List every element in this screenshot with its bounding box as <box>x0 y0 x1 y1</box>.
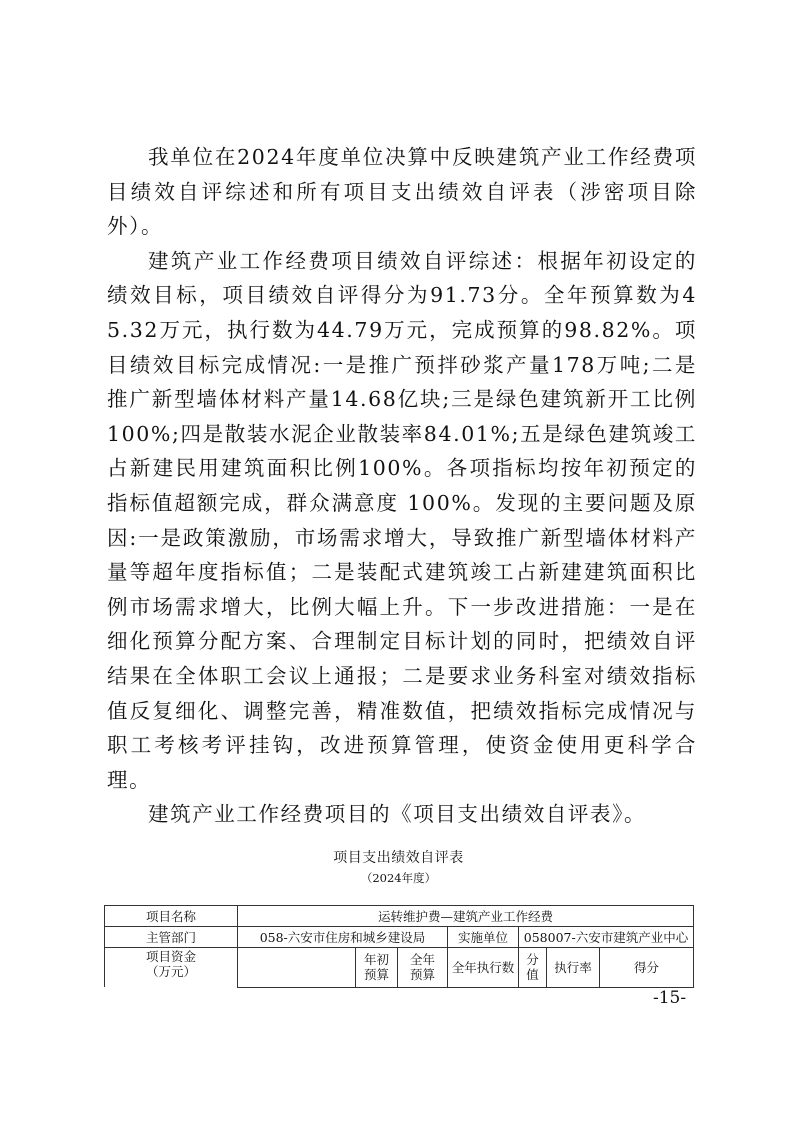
project-name-value: 运转维护费—建筑产业工作经费 <box>238 906 694 927</box>
document-body: 我单位在2024年度单位决算中反映建筑产业工作经费项目绩效自评综述和所有项目支出… <box>107 140 697 832</box>
project-funds-label: 项目资金 （万元） <box>105 948 238 988</box>
full-year-budget-header: 全年 预算 <box>398 948 448 988</box>
paragraph-table-intro: 建筑产业工作经费项目的《项目支出绩效自评表》。 <box>107 797 697 832</box>
department-value: 058-六安市住房和城乡建设局 <box>238 927 448 948</box>
table-year: （2024年度） <box>104 870 703 886</box>
self-evaluation-table: 项目名称 运转维护费—建筑产业工作经费 主管部门 058-六安市住房和城乡建设局… <box>104 905 694 988</box>
implementing-unit-label: 实施单位 <box>448 927 519 948</box>
execution-rate-header: 执行率 <box>547 948 600 988</box>
paragraph-summary: 建筑产业工作经费项目绩效自评综述：根据年初设定的绩效目标，项目绩效自评得分为91… <box>107 244 697 798</box>
executed-amount-header: 全年执行数 <box>448 948 519 988</box>
paragraph-intro: 我单位在2024年度单位决算中反映建筑产业工作经费项目绩效自评综述和所有项目支出… <box>107 140 697 244</box>
project-name-label: 项目名称 <box>105 906 238 927</box>
score-header: 得分 <box>600 948 694 988</box>
table-title: 项目支出绩效自评表 <box>104 847 693 867</box>
page-number: -15- <box>653 988 686 1008</box>
initial-budget-header: 年初 预算 <box>356 948 398 988</box>
table-row-project-name: 项目名称 运转维护费—建筑产业工作经费 <box>105 906 694 927</box>
implementing-unit-value: 058007-六安市建筑产业中心 <box>519 927 694 948</box>
table-row-department: 主管部门 058-六安市住房和城乡建设局 实施单位 058007-六安市建筑产业… <box>105 927 694 948</box>
table-row-funds-header: 项目资金 （万元） 年初 预算 全年 预算 全年执行数 分 值 执行率 得分 <box>105 948 694 988</box>
weight-header: 分 值 <box>519 948 547 988</box>
funds-blank-header <box>238 948 356 988</box>
department-label: 主管部门 <box>105 927 238 948</box>
